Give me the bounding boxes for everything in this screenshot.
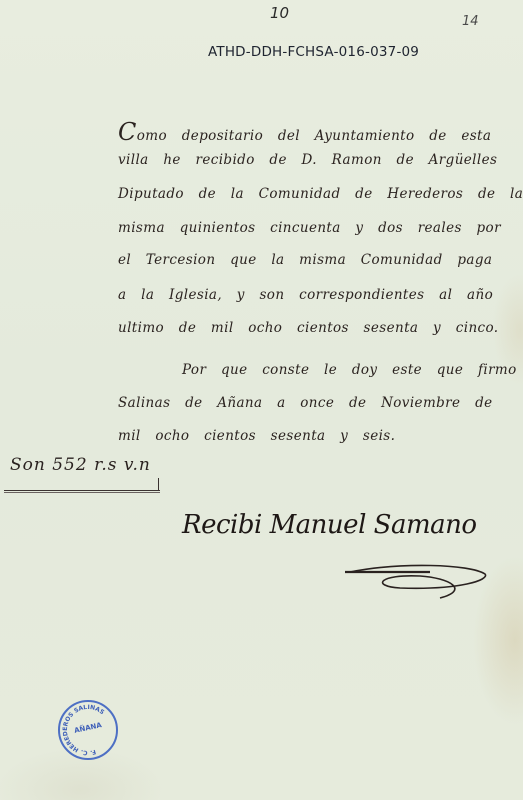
folio-number-top: 10 [270,4,289,22]
closing-line-2: Salinas de Añana a once de Noviembre de [118,395,518,411]
folio-number-right: 14 [462,14,479,29]
body-line-4: misma quinientos cincuenta y dos reales … [118,220,518,236]
body-line-6: a la Iglesia, y son correspondientes al … [118,287,518,303]
body-line-1: Como depositario del Ayuntamiento de est… [118,118,518,146]
amount-underline-tick [158,478,159,491]
signature: Recibi Manuel Samano [182,510,477,540]
archive-reference-code: ATHD-DDH-FCHSA-016-037-09 [208,44,419,60]
signature-flourish-icon [340,560,490,600]
archive-stamp: F. C. HEREDEROS SALINAS AÑANA [58,700,118,760]
closing-line-1: Por que conste le doy este que firmo en [182,362,522,378]
body-line-7: ultimo de mil ocho cientos sesenta y cin… [118,320,518,336]
body-line-2: villa he recibido de D. Ramon de Argüell… [118,152,518,168]
amount-note: Son 552 r.s v.n [10,455,151,475]
body-line-5: el Tercesion que la misma Comunidad paga [118,252,518,268]
closing-line-3: mil ocho cientos sesenta y seis. [118,428,518,444]
amount-underline [4,490,160,493]
body-line-3: Diputado de la Comunidad de Herederos de… [118,186,518,202]
